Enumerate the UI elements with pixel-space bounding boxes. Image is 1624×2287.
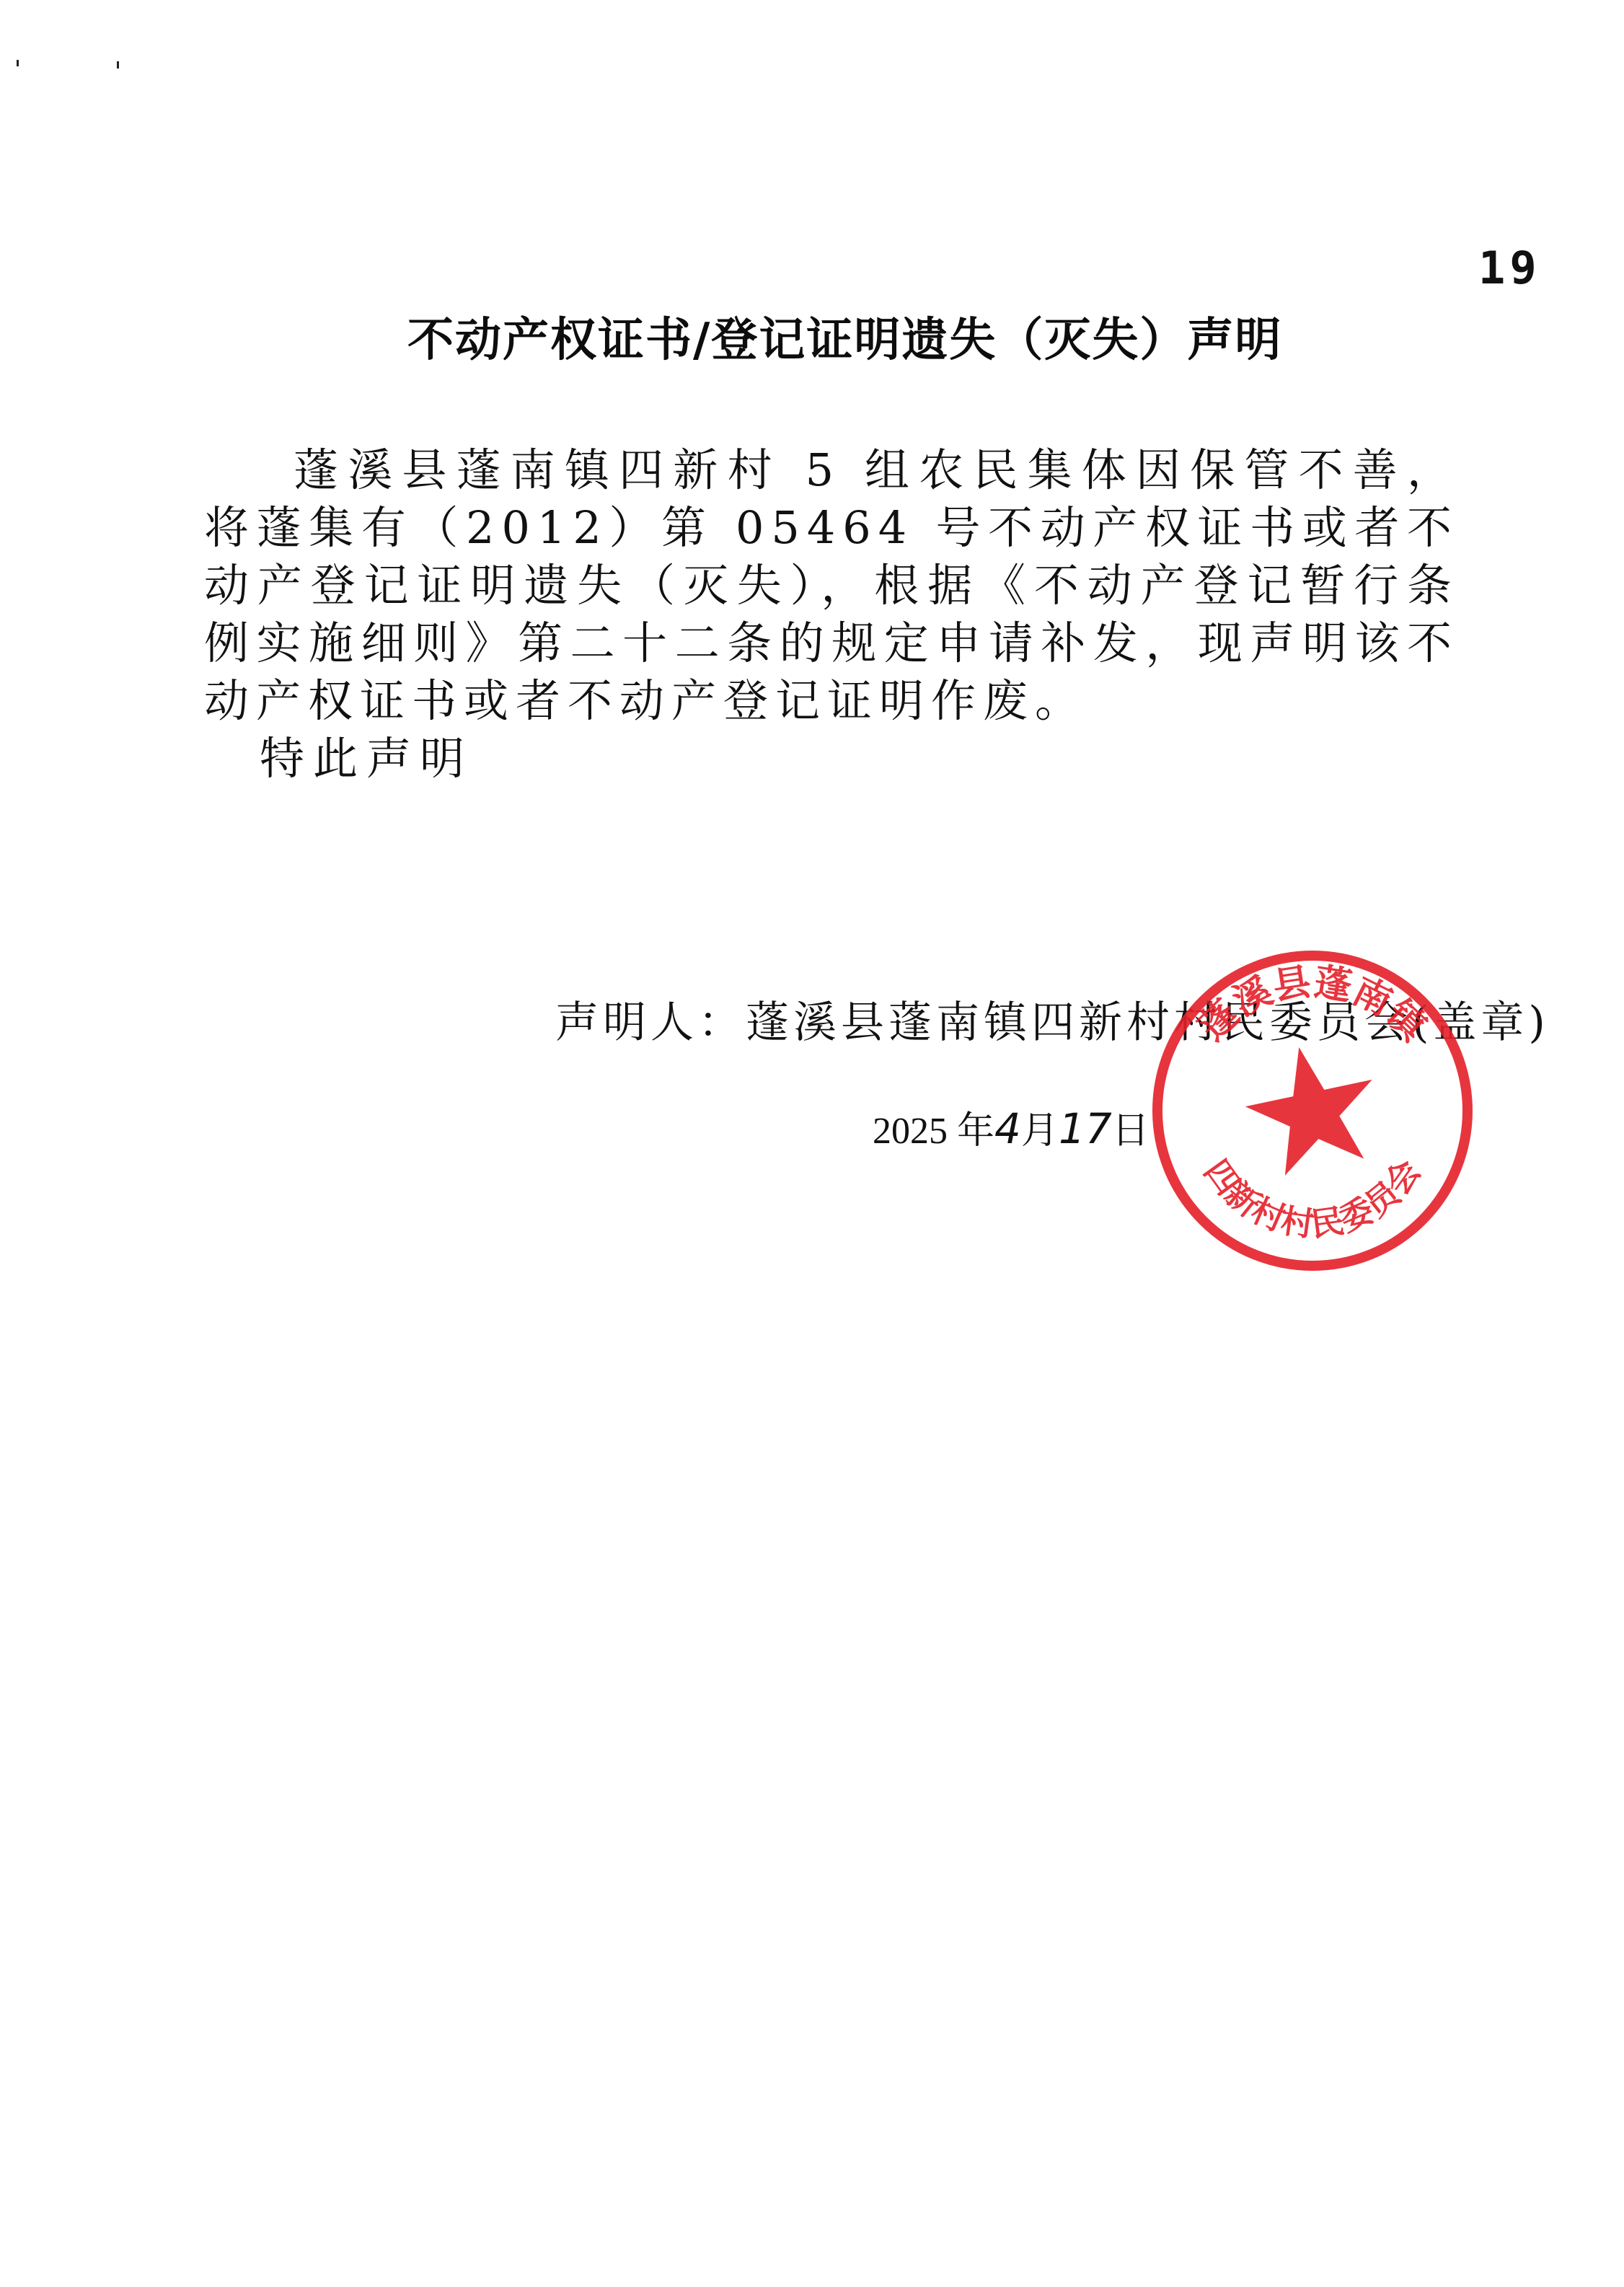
signature-label: 声明人： <box>555 997 746 1048</box>
official-seal: 蓬溪县蓬南镇 四新村村民委员会 <box>1139 938 1486 1284</box>
seal-bottom-text: 四新村村民委员会 <box>1197 1153 1429 1244</box>
date-month-unit: 月 <box>1021 1111 1059 1152</box>
page-number: 19 <box>1478 242 1541 294</box>
date-month: 4 <box>994 1104 1021 1153</box>
date-day: 17 <box>1059 1104 1112 1153</box>
svg-text:蓬溪县蓬南镇: 蓬溪县蓬南镇 <box>1191 961 1436 1051</box>
scan-speck <box>17 60 19 66</box>
declaration-paragraph: 蓬溪县蓬南镇四新村 5 组农民集体因保管不善，将蓬集有（2012）第 05464… <box>204 441 1459 730</box>
declaration-body: 蓬溪县蓬南镇四新村 5 组农民集体因保管不善，将蓬集有（2012）第 05464… <box>204 441 1459 730</box>
date-year-unit: 年 <box>957 1111 994 1152</box>
date-year: 2025 <box>873 1111 948 1152</box>
scan-speck <box>117 61 119 69</box>
closing-statement: 特此声明 <box>260 730 473 788</box>
svg-text:四新村村民委员会: 四新村村民委员会 <box>1197 1153 1429 1244</box>
document-title: 不动产权证书/登记证明遗失（灭失）声明 <box>407 303 1345 369</box>
seal-top-text: 蓬溪县蓬南镇 <box>1191 961 1436 1051</box>
seal-star-icon: 蓬溪县蓬南镇 四新村村民委员会 <box>1139 938 1486 1284</box>
declaration-date: 2025 年4月17日 <box>873 1100 1149 1154</box>
